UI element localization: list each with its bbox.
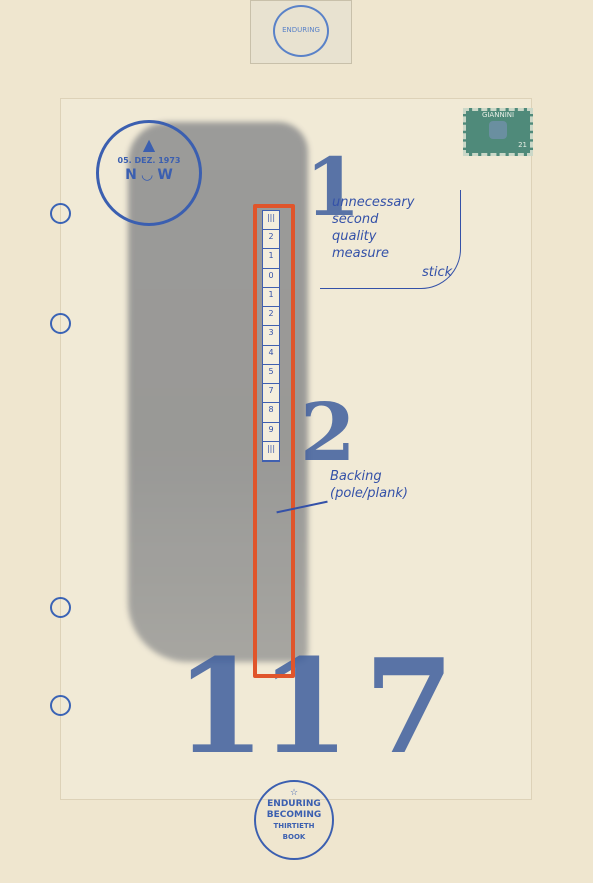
portrait-icon: [489, 121, 507, 139]
binder-hole: [50, 203, 71, 224]
enduring-becoming-stamp: ☆ ENDURING BECOMING THIRTIETH BOOK: [254, 780, 334, 860]
numeral-two: 2: [300, 385, 356, 479]
measuring-scale: ||| 2 1 0 1 2 3 4 5 7 8 9 |||: [262, 210, 280, 462]
annotation-2: Backing (pole/plank): [330, 468, 408, 502]
postage-stamp: GIANNINI 21: [463, 108, 533, 156]
binder-hole: [50, 695, 71, 716]
numeral-117: 117: [175, 630, 448, 783]
postmark-stamp: ▲ 05. DEZ. 1973 N ◡ W: [96, 120, 202, 226]
binder-hole: [50, 313, 71, 334]
binder-hole: [50, 597, 71, 618]
top-collaged-stamp: ENDURING: [250, 0, 352, 64]
star-icon: ☆: [256, 788, 332, 799]
arrow-icon: ▲: [99, 135, 199, 154]
